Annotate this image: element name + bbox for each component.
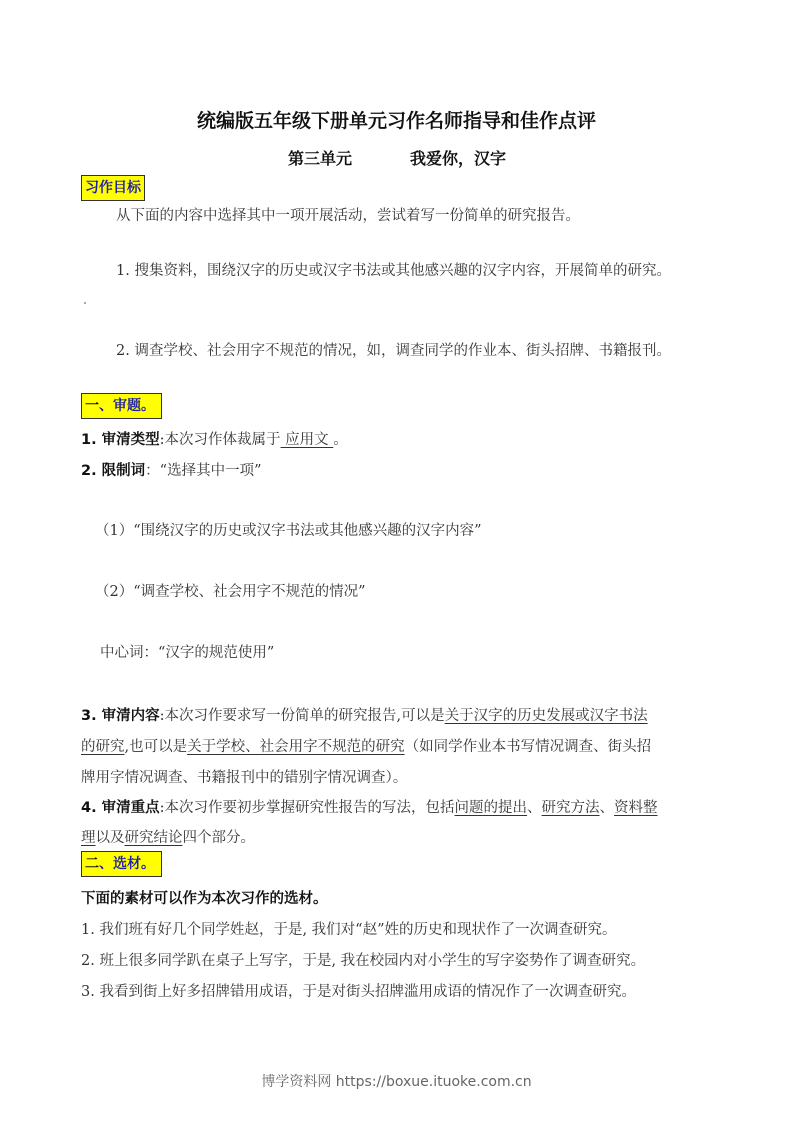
document-title: 统编版五年级下册单元习作名师指导和佳作点评: [0, 106, 793, 133]
focus-and: 以及: [96, 830, 125, 846]
review-content-text: :本次习作要求写一份简单的研究报告,可以是: [160, 708, 445, 724]
sep: 、: [527, 800, 542, 816]
restriction-label: 2. 限制词: [81, 463, 145, 479]
focus-item-method: 研究方法: [542, 800, 600, 816]
goal-item-2: 2. 调查学校、社会用字不规范的情况，如，调查同学的作业本、街头招牌、书籍报刊。: [116, 339, 671, 360]
focus-item-data-b: 理: [81, 830, 96, 846]
review-content-underline-2: 关于学校、社会用字不规范的研究: [187, 739, 405, 755]
restriction-sub-2: （2）“调查学校、社会用字不规范的情况”: [95, 580, 366, 601]
focus-item-data: 资料整: [614, 800, 658, 816]
restriction-text: ：“选择其中一项”: [145, 463, 261, 479]
review-content-line2: 的研究,也可以是关于学校、社会用字不规范的研究（如同学作业本书写情况调查、街头招: [81, 735, 651, 756]
unit-label: 第三单元: [288, 146, 352, 169]
restriction-sub-1: （1）“围绕汉字的历史或汉字书法或其他感兴趣的汉字内容”: [95, 519, 482, 540]
restriction-words: 2. 限制词：“选择其中一项”: [81, 459, 261, 480]
section1-tag-text: 、审题。: [99, 398, 155, 414]
review-type-text: :本次习作体裁属于: [160, 432, 281, 448]
sep: 、: [600, 800, 615, 816]
review-content-underline-1: 关于汉字的历史发展或汉字书法: [445, 708, 648, 724]
focus-item-question: 问题的提出: [455, 800, 528, 816]
section2-tag-prefix: 二: [85, 856, 99, 872]
review-content-line3: 牌用字情况调查、书籍报刊中的错别字情况调查）。: [81, 766, 407, 787]
review-type: 1. 审清类型:本次习作体裁属于 应用文 。: [81, 428, 348, 449]
material-item-3: 3. 我看到街上好多招牌错用成语，于是对街头招牌滥用成语的情况作了一次调查研究。: [81, 980, 636, 1001]
section2-tag: 二、选材。: [81, 851, 162, 877]
review-focus-line1: 4. 审清重点:本次习作要初步掌握研究性报告的写法，包括问题的提出、研究方法、资…: [81, 796, 658, 817]
material-lead: 下面的素材可以作为本次习作的选材。: [81, 887, 328, 908]
review-focus-label: 4. 审清重点: [81, 800, 160, 816]
goal-tag-label: 习作目标: [85, 180, 141, 196]
review-type-end: 。: [333, 432, 348, 448]
goal-tag: 习作目标: [81, 175, 145, 201]
review-type-answer: 应用文: [281, 432, 334, 448]
review-type-label: 1. 审清类型: [81, 432, 160, 448]
review-content-mid: ,也可以是: [125, 739, 188, 755]
section1-tag-prefix: 一: [85, 398, 99, 414]
review-content-label: 3. 审清内容: [81, 708, 160, 724]
goal-intro: 从下面的内容中选择其中一项开展活动，尝试着写一份简单的研究报告。: [116, 204, 580, 225]
material-item-2: 2. 班上很多同学趴在桌子上写字，于是, 我在校园内对小学生的写字姿势作了调查研…: [81, 949, 645, 970]
review-focus-line2: 理以及研究结论四个部分。: [81, 826, 255, 847]
material-item-1: 1. 我们班有好几个同学姓赵，于是, 我们对“赵”姓的历史和现状作了一次调查研究…: [81, 918, 617, 939]
unit-theme: 我爱你，汉字: [410, 146, 506, 169]
stray-dot: [84, 302, 86, 304]
review-content-line1: 3. 审清内容:本次习作要求写一份简单的研究报告,可以是关于汉字的历史发展或汉字…: [81, 704, 648, 725]
focus-end: 四个部分。: [183, 830, 256, 846]
footer-watermark: 博学资料网 https://boxue.ituoke.com.cn: [0, 1071, 793, 1091]
section2-tag-text: 、选材。: [99, 856, 155, 872]
review-content-underline-1b: 的研究: [81, 739, 125, 755]
center-word: 中心词：“汉字的规范使用”: [100, 641, 274, 662]
focus-item-conclusion: 研究结论: [125, 830, 183, 846]
section1-tag: 一、审题。: [81, 393, 162, 419]
review-content-paren: （如同学作业本书写情况调查、街头招: [405, 739, 652, 755]
goal-item-1: 1. 搜集资料，围绕汉字的历史或汉字书法或其他感兴趣的汉字内容，开展简单的研究。: [116, 259, 671, 280]
review-focus-text: :本次习作要初步掌握研究性报告的写法，包括: [160, 800, 455, 816]
